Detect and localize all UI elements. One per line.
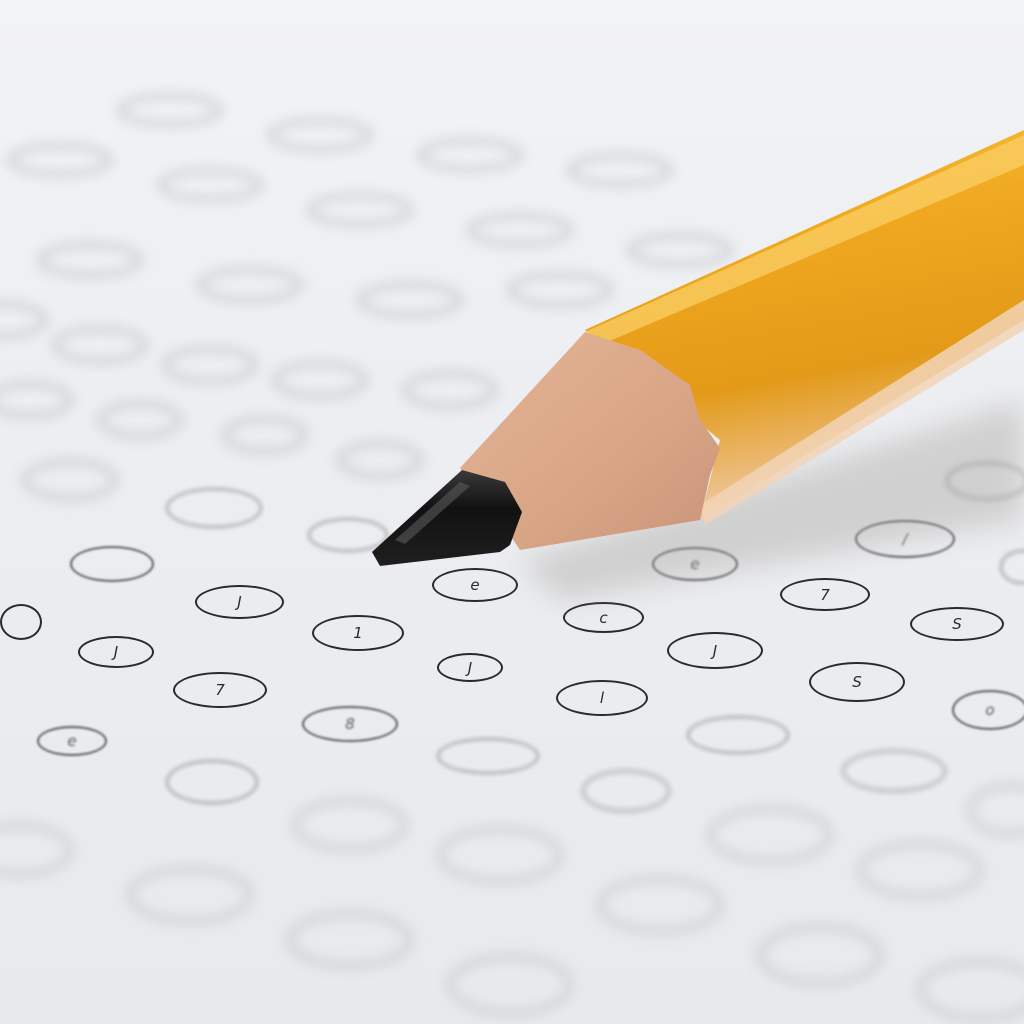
answer-bubble: J — [195, 585, 284, 619]
answer-bubble: S — [910, 607, 1004, 641]
answer-bubble: / — [855, 520, 955, 558]
answer-bubble — [582, 770, 670, 812]
answer-bubble: 7 — [780, 578, 870, 611]
answer-bubble — [166, 760, 258, 804]
answer-bubble: o — [952, 690, 1024, 730]
answer-bubble: J — [78, 636, 154, 668]
answer-bubble: 1 — [312, 615, 404, 651]
answer-bubble: S — [809, 662, 905, 702]
blurred-background-bubbles — [0, 0, 1024, 1024]
answer-bubble — [0, 604, 42, 640]
answer-bubble — [687, 716, 789, 754]
answer-bubble — [437, 738, 539, 774]
answer-bubble: e — [432, 568, 518, 602]
answer-bubble: e — [652, 547, 738, 581]
answer-bubble: J — [437, 653, 503, 682]
answer-bubble: c — [563, 602, 644, 633]
answer-bubble: l — [556, 680, 648, 716]
answer-bubble — [70, 546, 154, 582]
answer-bubble: 7 — [173, 672, 267, 708]
answer-bubble — [308, 518, 388, 552]
answer-bubble — [166, 488, 262, 528]
answer-bubble: 8 — [302, 706, 398, 742]
answer-bubble: J — [667, 632, 763, 669]
answer-bubble — [946, 462, 1024, 500]
answer-sheet-photo: J1J7JeclJ7SS8ee/o — [0, 0, 1024, 1024]
answer-bubble: e — [37, 726, 107, 756]
answer-bubble — [842, 750, 946, 792]
